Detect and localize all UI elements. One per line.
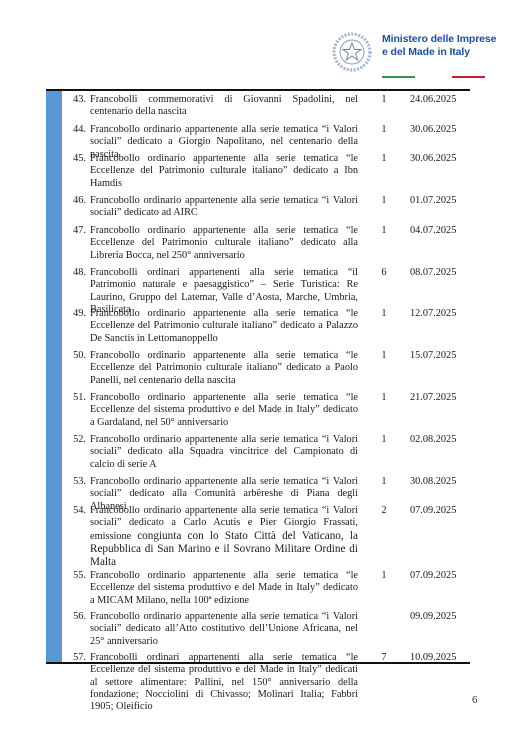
row-quantity: 1	[378, 392, 390, 404]
row-description: Francobollo ordinario appartenente alla …	[90, 505, 358, 569]
ministry-name-line2: e del Made in Italy	[382, 46, 496, 59]
flag-green-stripe	[382, 76, 415, 78]
row-date: 24.06.2025	[410, 94, 480, 106]
row-number: 56.	[62, 611, 86, 623]
row-description-part: congiunta con lo Stato Città del Vatican…	[90, 530, 358, 569]
row-date: 30.06.2025	[410, 124, 480, 136]
row-date: 09.09.2025	[410, 611, 480, 623]
row-date: 30.06.2025	[410, 153, 480, 165]
table-accent-column	[46, 91, 62, 662]
row-description: Francobollo ordinario appartenente alla …	[90, 308, 358, 345]
row-quantity: 1	[378, 570, 390, 582]
row-description: Francobollo ordinario appartenente alla …	[90, 392, 358, 429]
row-quantity: 1	[378, 94, 390, 106]
table-top-rule	[46, 89, 470, 91]
row-quantity: 1	[378, 225, 390, 237]
row-quantity: 1	[378, 434, 390, 446]
row-description: Francobolli commemorativi di Giovanni Sp…	[90, 94, 358, 119]
ministry-logo: Ministero delle Imprese e del Made in It…	[330, 30, 530, 80]
row-date: 01.07.2025	[410, 195, 480, 207]
row-date: 08.07.2025	[410, 267, 480, 279]
row-quantity: 1	[378, 476, 390, 488]
row-number: 46.	[62, 195, 86, 207]
row-number: 53.	[62, 476, 86, 488]
row-date: 07.09.2025	[410, 570, 480, 582]
row-description: Francobollo ordinario appartenente alla …	[90, 350, 358, 387]
ministry-name: Ministero delle Imprese e del Made in It…	[382, 33, 496, 59]
row-quantity: 2	[378, 505, 390, 517]
row-description: Francobollo ordinario appartenente alla …	[90, 195, 358, 220]
row-description: Francobollo ordinario appartenente alla …	[90, 225, 358, 262]
row-date: 30.08.2025	[410, 476, 480, 488]
row-date: 07.09.2025	[410, 505, 480, 517]
ministry-name-line1: Ministero delle Imprese	[382, 33, 496, 46]
row-date: 21.07.2025	[410, 392, 480, 404]
row-number: 55.	[62, 570, 86, 582]
row-number: 54.	[62, 505, 86, 517]
row-date: 15.07.2025	[410, 350, 480, 362]
italian-republic-emblem-icon	[332, 32, 372, 72]
row-description: Francobollo ordinario appartenente alla …	[90, 570, 358, 607]
row-quantity: 1	[378, 308, 390, 320]
flag-red-stripe	[452, 76, 485, 78]
row-number: 52.	[62, 434, 86, 446]
row-number: 48.	[62, 267, 86, 279]
page-number: 6	[472, 694, 478, 706]
row-quantity: 1	[378, 153, 390, 165]
row-number: 45.	[62, 153, 86, 165]
row-quantity: 1	[378, 195, 390, 207]
row-number: 44.	[62, 124, 86, 136]
row-description: Francobollo ordinario appartenente alla …	[90, 153, 358, 190]
row-number: 49.	[62, 308, 86, 320]
row-number: 50.	[62, 350, 86, 362]
row-number: 47.	[62, 225, 86, 237]
row-number: 51.	[62, 392, 86, 404]
row-quantity: 1	[378, 124, 390, 136]
row-quantity: 6	[378, 267, 390, 279]
row-date: 12.07.2025	[410, 308, 480, 320]
row-number: 43.	[62, 94, 86, 106]
table-bottom-rule	[46, 662, 470, 664]
row-description: Francobollo ordinario appartenente alla …	[90, 611, 358, 648]
row-date: 04.07.2025	[410, 225, 480, 237]
row-description: Francobollo ordinario appartenente alla …	[90, 434, 358, 471]
row-date: 02.08.2025	[410, 434, 480, 446]
row-quantity: 1	[378, 350, 390, 362]
